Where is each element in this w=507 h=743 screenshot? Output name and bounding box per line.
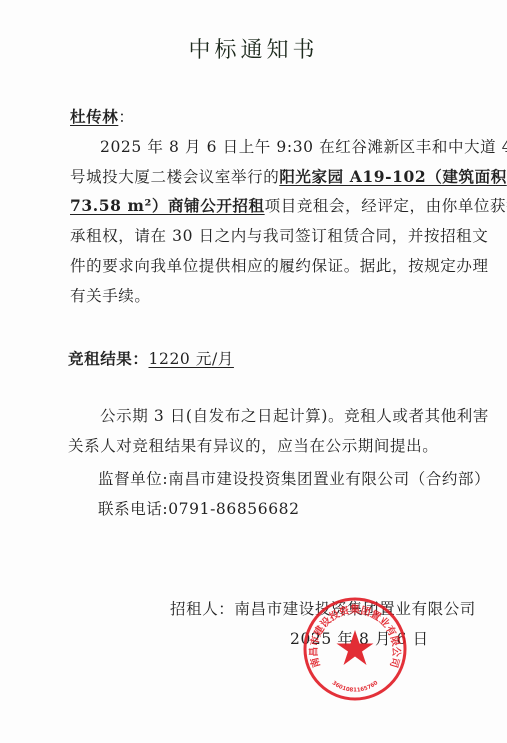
paragraph1-line5: 件的要求向我单位提供相应的履约保证。据此，按规定办理	[70, 254, 489, 276]
paragraph1-line1: 2025 年 8 月 6 日上午 9:30 在红谷滩新区丰和中大道 456	[100, 135, 507, 157]
paragraph1-line3: 73.58 m²）商铺公开招租项目竞租会，经评定，由你单位获得	[70, 194, 507, 216]
property-name: 阳光家园 A19-102（建筑面积	[279, 167, 506, 186]
contact-phone: 联系电话:0791-86856682	[98, 497, 300, 519]
result-label: 竞租结果：	[68, 349, 149, 368]
document-title: 中标通知书	[0, 33, 507, 64]
paragraph1-line6: 有关手续。	[70, 284, 151, 306]
addressee: 杜传林：	[70, 105, 134, 127]
addressee-name: 杜传林	[70, 107, 118, 126]
paragraph1-line4: 承租权，请在 30 日之内与我司签订租赁合同，并按招租文	[70, 224, 488, 246]
notice-line2: 关系人对竞租结果有异议的，应当在公示期间提出。	[68, 434, 438, 456]
svg-text:3601081165760: 3601081165760	[331, 680, 380, 694]
company-seal-icon: 南昌市建设投资集团置业有限公司 3601081165760	[302, 596, 408, 702]
paragraph1-line2: 号城投大厦二楼会议室举行的阳光家园 A19-102（建筑面积	[70, 165, 507, 187]
notice-line1: 公示期 3 日(自发布之日起计算)。竞租人或者其他利害	[100, 404, 489, 426]
property-area: 73.58 m²）商铺公开招租	[70, 196, 265, 215]
supervisor: 监督单位:南昌市建设投资集团置业有限公司（合约部）	[98, 467, 490, 489]
result-value: 1220 元/月	[149, 350, 242, 368]
result: 竞租结果：1220 元/月	[68, 347, 242, 369]
